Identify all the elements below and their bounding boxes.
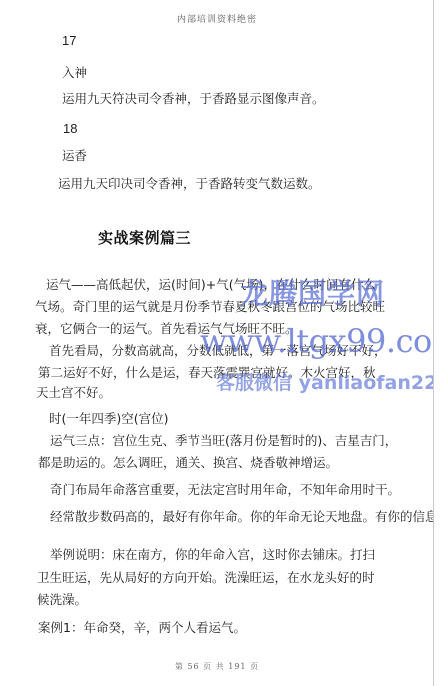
paragraph-line: 第二运好不好，什么是运，春天落震巽宫就好。木火宫好，秋 (38, 365, 376, 381)
paragraph-line: 衰，它俩合一的运气。首先看运气气场旺不旺。 (35, 321, 298, 337)
paragraph-line: 气场。奇门里的运气就是月份季节春夏秋冬跟宫位的气场比较旺 (35, 299, 385, 315)
item-body-17: 运用九天符决司令香神，于香路显示图像声音。 (62, 91, 325, 107)
paragraph-line: 候洗澡。 (37, 592, 87, 608)
paragraph-line: 运气三点：宫位生克、季节当旺(落月份是暂时的)、吉星吉门， (50, 433, 397, 449)
page-margin (434, 0, 444, 686)
paragraph-line: 举例说明：床在南方，你的年命入宫，这时你去铺床。打扫 (50, 547, 375, 563)
item-body-18: 运用九天印决司令香神，于香路转变气数运数。 (58, 176, 321, 192)
paragraph-line: 时(一年四季)空(宫位) (49, 411, 169, 427)
paragraph-line: 首先看局，分数高就高，分数低就低，第一落宫气场好不好， (49, 343, 387, 359)
page-footer: 第 56 页 共 191 页 (0, 661, 434, 672)
document-page: 内部培训资料绝密 17 入神 运用九天符决司令香神，于香路显示图像声音。 18 … (0, 0, 434, 686)
paragraph-line: 奇门布局年命落宫重要，无法定宫时用年命，不知年命用时干。 (50, 482, 400, 498)
paragraph-line: 案例1：年命癸，辛，两个人看运气。 (38, 620, 246, 636)
item-title-17: 入神 (62, 65, 87, 81)
paragraph-line: 经常散步数码高的，最好有你年命。你的年命无论天地盘。有你的信息。 (50, 509, 444, 525)
paragraph-line: 运气——高低起伏，运(时间)+气(气场)，在什么时间有什么 (46, 277, 376, 293)
item-number-18: 18 (63, 121, 77, 137)
item-title-18: 运香 (62, 148, 87, 164)
paragraph-line: 都是助运的。怎么调旺，通关、换宫、烧香敬神增运。 (38, 455, 338, 471)
page-header: 内部培训资料绝密 (0, 12, 434, 25)
section-heading: 实战案例篇三 (98, 227, 191, 248)
paragraph-line: 天土宫不好。 (36, 385, 111, 401)
paragraph-line: 卫生旺运，先从局好的方向开始。洗澡旺运，在水龙头好的时 (37, 570, 375, 586)
item-number-17: 17 (62, 33, 76, 49)
